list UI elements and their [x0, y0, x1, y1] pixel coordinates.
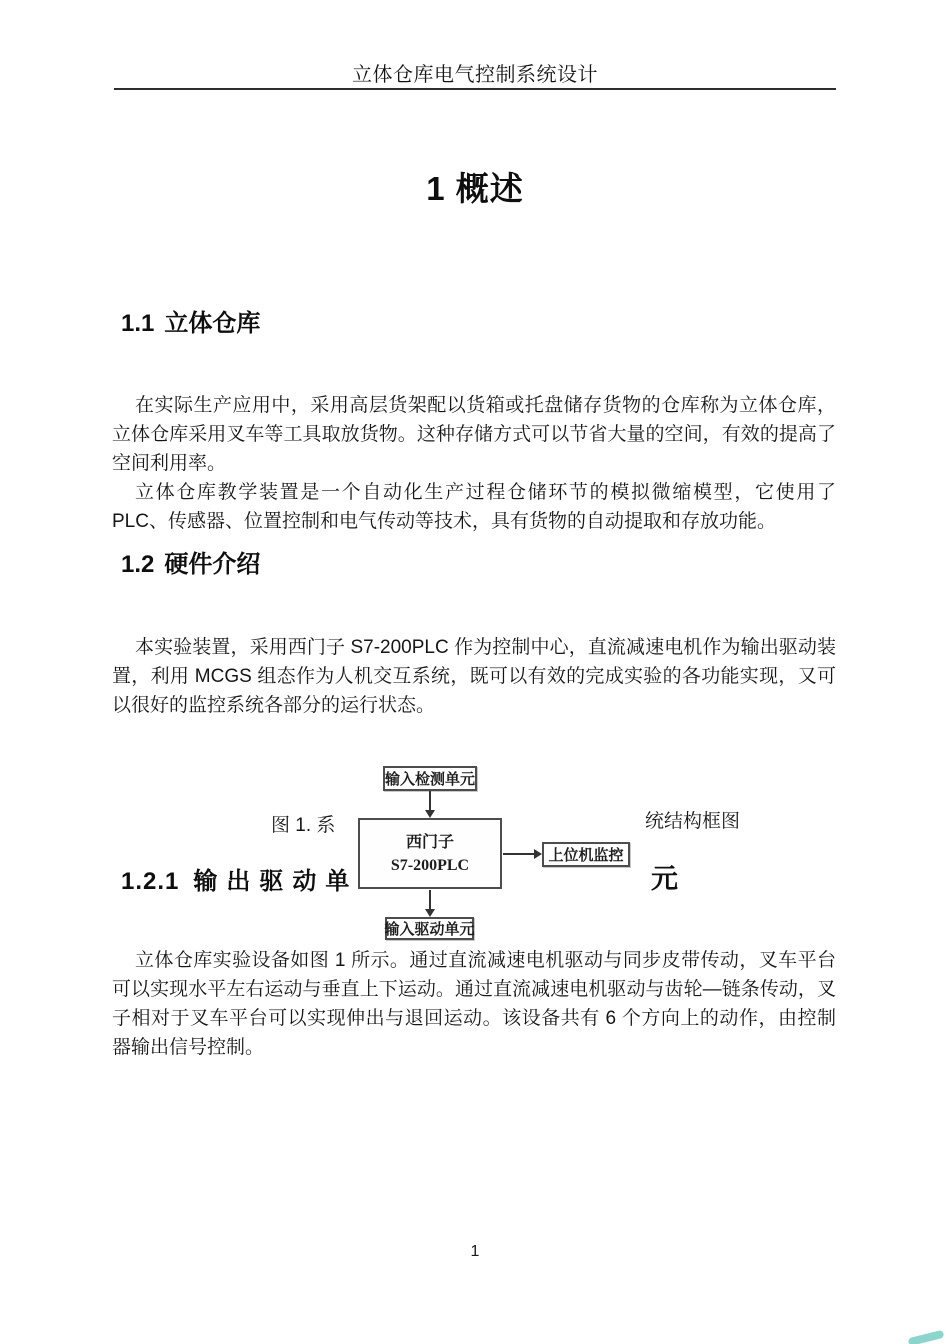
section-heading-1-2-1-tail: 元 [651, 857, 678, 896]
arrow-right-icon [534, 849, 542, 859]
section-number: 1.2 [121, 551, 154, 578]
section-label: 立体仓库 [164, 310, 260, 337]
document-page: 立体仓库电气控制系统设计 1 概述 1.1立体仓库 在实际生产应用中，采用高层货… [0, 0, 950, 1344]
section-number: 1.2.1 [121, 868, 179, 895]
arrow-down-icon [425, 909, 435, 917]
header-rule-divider [114, 88, 836, 90]
figure-caption-left: 图 1. 系 [271, 810, 335, 837]
corner-artifact-mark [908, 1330, 945, 1344]
section-number: 1.1 [121, 310, 154, 337]
section-label: 硬件介绍 [164, 551, 260, 578]
page-number: 1 [0, 1243, 950, 1261]
paragraph-hardware-intro: 本实验装置，采用西门子 S7-200PLC 作为控制中心，直流减速电机作为输出驱… [112, 633, 836, 720]
connector-detect-to-plc [429, 791, 431, 812]
chapter-title: 1 概述 [0, 163, 950, 210]
arrow-down-icon [425, 810, 435, 818]
section-label: 输出驱动单 [193, 868, 358, 895]
plc-box-line1: 西门子 [406, 831, 454, 854]
plc-box-line2: S7-200PLC [391, 854, 469, 877]
connector-plc-to-host [503, 853, 535, 855]
paragraph-equipment-description: 立体仓库实验设备如图 1 所示。通过直流减速电机驱动与同步皮带传动，叉车平台可以… [112, 946, 836, 1062]
paragraph-warehouse-intro: 在实际生产应用中，采用高层货架配以货箱或托盘储存货物的仓库称为立体仓库，立体仓库… [112, 391, 836, 478]
plc-box: 西门子 S7-200PLC [358, 818, 502, 889]
figure-caption-right: 统结构框图 [645, 806, 740, 833]
section-heading-1-1: 1.1立体仓库 [121, 303, 260, 338]
connector-plc-to-drive [429, 890, 431, 910]
section-heading-1-2-1: 1.2.1输出驱动单 [121, 861, 358, 896]
input-detect-unit-box: 输入检测单元 [383, 766, 477, 791]
host-monitor-box: 上位机监控 [542, 842, 630, 867]
drive-unit-box: 输入驱动单元 [385, 917, 474, 940]
paragraph-teaching-device: 立体仓库教学装置是一个自动化生产过程仓储环节的模拟微缩模型，它使用了PLC、传感… [112, 478, 836, 536]
section-heading-1-2: 1.2硬件介绍 [121, 544, 260, 579]
page-header-title: 立体仓库电气控制系统设计 [0, 58, 950, 87]
